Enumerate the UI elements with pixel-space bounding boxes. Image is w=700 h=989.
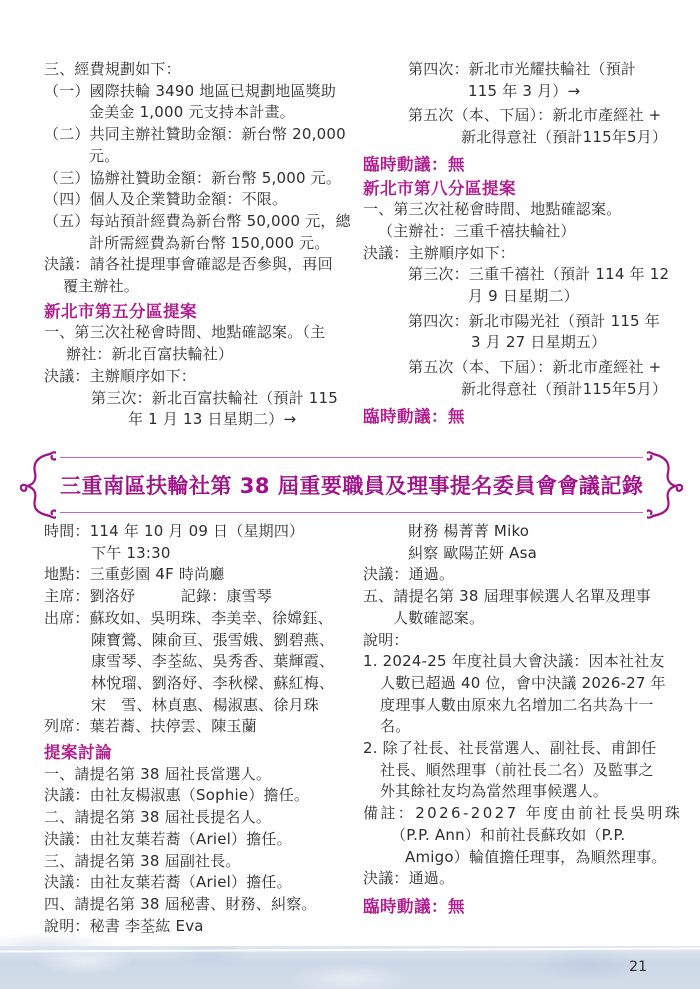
text-line: 決議：主辦順序如下： — [44, 366, 350, 388]
text-line: 決議：由社友葉若蕎（Ariel）擔任。 — [44, 829, 350, 851]
text-line: 名。 — [380, 716, 682, 738]
text-line: 金美金 1,000 元支持本計畫。 — [89, 102, 350, 124]
section-heading: 臨時動議：無 — [363, 154, 669, 176]
banner-rule-box: 三重南區扶輪社第 38 屆重要職員及理事提名委員會會議記錄 — [60, 457, 643, 513]
text-line: 出席：蘇玫如、吳明珠、李美幸、徐嫦鈺、 — [44, 608, 350, 630]
text-line: 三、請提名第 38 屆副社長。 — [44, 851, 350, 873]
text-line: 決議：通過。 — [363, 564, 682, 586]
text-line: 說明： — [363, 630, 682, 652]
text-line: 第五次（本、下屆）：新北市產經社 + — [408, 105, 669, 127]
text-line: 外其餘社友均為當然理事候選人。 — [380, 781, 682, 803]
text-line: 林悅瑠、劉洛妤、李秋樑、蘇紅梅、 — [91, 673, 350, 695]
bottom-section: 時間：114 年 10 月 09 日（星期四）下午 13:30地點：三重彭園 4… — [44, 521, 666, 937]
text-line: 人數已超過 40 位，會中決議 2026-27 年 — [380, 673, 682, 695]
text-line: 辦社：新北百富扶輪社） — [66, 344, 350, 366]
text-line: （二）共同主辦社贊助金額：新台幣 20,000 — [44, 124, 350, 146]
top-left-column: 三、經費規劃如下：（一）國際扶輪 3490 地區已規劃地區獎助金美金 1,000… — [44, 59, 350, 431]
text-line: 度理事人數由原來九名增加二名共為十一 — [380, 695, 682, 717]
text-line: 主席：劉洛妤 記錄：康雪琴 — [44, 586, 350, 608]
text-line: 一、請提名第 38 屆社長當選人。 — [44, 764, 350, 786]
text-line: 宋 雪、林貞惠、楊淑惠、徐月珠 — [91, 695, 350, 717]
text-line: 覆主辦社。 — [63, 276, 350, 298]
text-line: 列席：葉若蕎、扶停雲、陳玉蘭 — [44, 716, 350, 738]
magazine-page: 三、經費規劃如下：（一）國際扶輪 3490 地區已規劃地區獎助金美金 1,000… — [0, 0, 700, 989]
text-line: 二、請提名第 38 屆社長提名人。 — [44, 807, 350, 829]
text-line: （四）個人及企業贊助金額：不限。 — [44, 189, 350, 211]
text-line: 第四次：新北市陽光社（預計 115 年 — [408, 311, 669, 333]
text-line: 陳寶鶯、陳俞亘、張雪娥、劉碧燕、 — [91, 630, 350, 652]
text-line: 2. 除了社長、社長當選人、副社長、甫卸任 — [363, 738, 682, 760]
column-gap — [350, 521, 363, 937]
text-line: （三）協辦社贊助金額：新台幣 5,000 元。 — [44, 168, 350, 190]
section-heading: 臨時動議：無 — [363, 406, 669, 428]
banner-title: 三重南區扶輪社第 38 屆重要職員及理事提名委員會會議記錄 — [60, 470, 643, 500]
page-number: 21 — [629, 959, 647, 975]
flourish-right-icon — [647, 448, 683, 522]
text-line: （五）每站預計經費為新台幣 50,000 元，總 — [44, 211, 350, 233]
section-heading: 新北市第八分區提案 — [363, 178, 669, 200]
text-line: 決議：由社友葉若蕎（Ariel）擔任。 — [44, 872, 350, 894]
section-heading: 臨時動議：無 — [363, 896, 682, 918]
flourish-left-icon — [20, 448, 56, 522]
section-heading: 提案討論 — [44, 742, 350, 764]
text-line: 新北得意社（預計115年5月） — [461, 127, 669, 149]
text-line: 決議：通過。 — [363, 868, 682, 890]
text-line: 月 9 日星期二） — [468, 286, 669, 308]
section-heading: 新北市第五分區提案 — [44, 301, 350, 323]
text-line: Amigo）輪值擔任理事，為順然理事。 — [405, 847, 682, 869]
text-line: 第四次：新北市光耀扶輪社（預計 — [408, 59, 669, 81]
text-line: 第三次：新北百富扶輪社（預計 115 — [91, 388, 350, 410]
text-line: 第五次（本、下屆）：新北市產經社 + — [408, 357, 669, 379]
text-line: 五、請提名第 38 屆理事候選人名單及理事 — [363, 586, 682, 608]
text-line: 社長、順然理事（前社長二名）及監事之 — [380, 760, 682, 782]
text-line: 地點：三重彭園 4F 時尚廳 — [44, 564, 350, 586]
text-line: 新北得意社（預計115年5月） — [461, 379, 669, 401]
top-right-column: 第四次：新北市光耀扶輪社（預計115 年 3 月）→第五次（本、下屆）：新北市產… — [363, 59, 669, 431]
text-line: 時間：114 年 10 月 09 日（星期四） — [44, 521, 350, 543]
text-line: 元。 — [89, 146, 350, 168]
text-line: 財務 楊菁菁 Miko — [408, 521, 682, 543]
text-line: 康雪琴、李荃紘、吳秀香、葉輝霞、 — [91, 651, 350, 673]
text-line: 第三次：三重千禧社（預計 114 年 12 — [408, 264, 669, 286]
text-line: 3 月 27 日星期五） — [471, 332, 669, 354]
text-line: （主辦社：三重千禧扶輪社） — [378, 221, 669, 243]
text-line: 計所需經費為新台幣 150,000 元。 — [89, 233, 350, 255]
text-line: 115 年 3 月）→ — [468, 81, 669, 103]
text-line: 人數確認案。 — [393, 608, 682, 630]
text-line: 一、第三次社秘會時間、地點確認案。（主 — [44, 322, 350, 344]
bottom-left-column: 時間：114 年 10 月 09 日（星期四）下午 13:30地點：三重彭園 4… — [44, 521, 350, 937]
text-line: 一、第三次社秘會時間、地點確認案。 — [363, 199, 669, 221]
bottom-right-column: 財務 楊菁菁 Miko糾察 歐陽芷妍 Asa決議：通過。五、請提名第 38 屆理… — [363, 521, 682, 937]
text-line: 下午 13:30 — [91, 543, 350, 565]
text-line: 糾察 歐陽芷妍 Asa — [408, 543, 682, 565]
footer-watermark — [0, 946, 700, 989]
text-line: 備註：2026-2027 年度由前社長吳明珠 — [363, 803, 682, 825]
text-line: （P.P. Ann）和前社長蘇玫如（P.P. — [391, 825, 682, 847]
text-line: 決議：請各社提理事會確認是否參與，再回 — [44, 254, 350, 276]
text-line: 決議：主辦順序如下： — [363, 243, 669, 265]
banner: 三重南區扶輪社第 38 屆重要職員及理事提名委員會會議記錄 — [20, 448, 680, 522]
text-line: 決議：由社友楊淑惠（Sophie）擔任。 — [44, 785, 350, 807]
text-line: 三、經費規劃如下： — [44, 59, 350, 81]
text-line: （一）國際扶輪 3490 地區已規劃地區獎助 — [44, 81, 350, 103]
top-section: 三、經費規劃如下：（一）國際扶輪 3490 地區已規劃地區獎助金美金 1,000… — [44, 59, 666, 431]
text-line: 年 1 月 13 日星期二）→ — [128, 409, 350, 431]
column-gap — [350, 59, 363, 431]
text-line: 1. 2024-25 年度社員大會決議：因本社社友 — [363, 651, 682, 673]
text-line: 四、請提名第 38 屆秘書、財務、糾察。 — [44, 894, 350, 916]
